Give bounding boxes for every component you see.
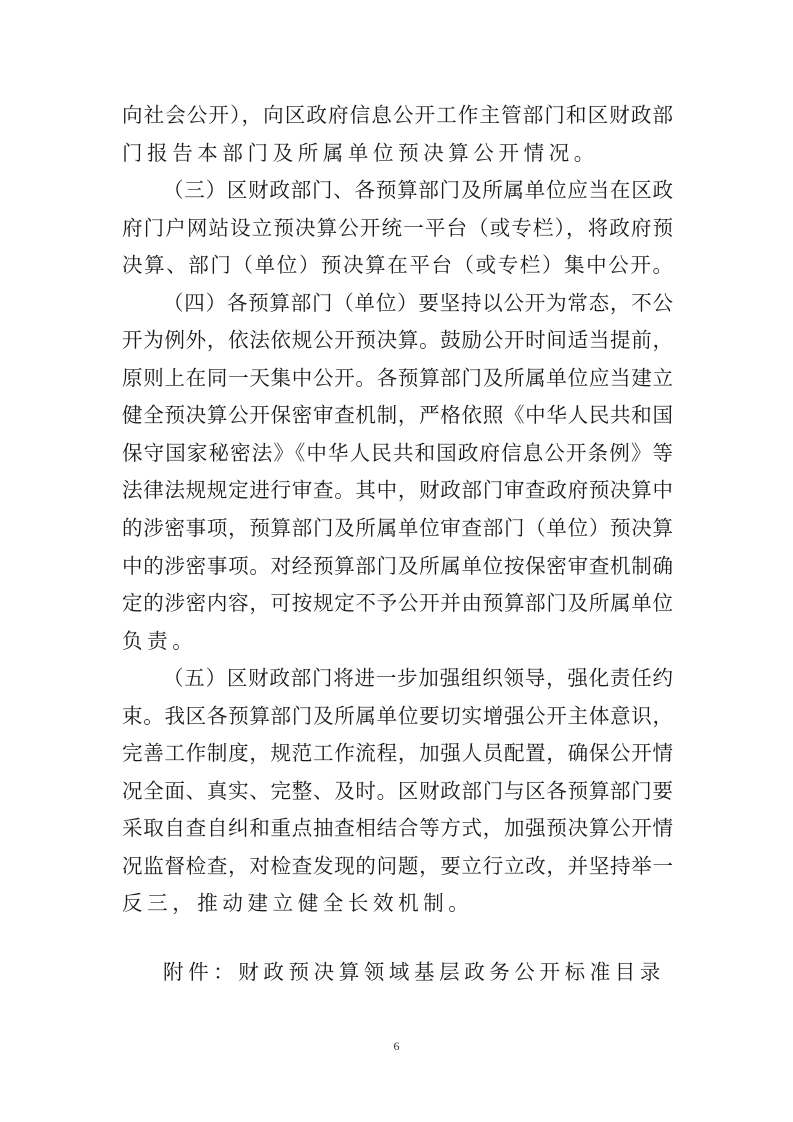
paragraph-item-4-line: （四）各预算部门（单位）要坚持以公开为常态，不公 [122, 285, 673, 323]
paragraph-item-4-line: 健全预决算公开保密审查机制，严格依照《中华人民共和国 [122, 397, 673, 435]
paragraph-item-4-line: 保守国家秘密法》《中华人民共和国政府信息公开条例》等 [122, 435, 673, 473]
paragraph-item-5-line: 采取自查自纠和重点抽查相结合等方式，加强预决算公开情 [122, 810, 673, 848]
paragraph-item-5-line: 况全面、真实、完整、及时。区财政部门与区各预算部门要 [122, 773, 673, 811]
paragraph-item-4-line: 负责。 [122, 623, 673, 661]
paragraph-item-4-line: 原则上在同一天集中公开。各预算部门及所属单位应当建立 [122, 360, 673, 398]
paragraph-item-4-line: 定的涉密内容，可按规定不予公开并由预算部门及所属单位 [122, 585, 673, 623]
paragraph-item-3-line: 府门户网站设立预决算公开统一平台（或专栏），将政府预 [122, 210, 673, 248]
appendix-note: 附件：财政预决算领域基层政务公开标准目录 [163, 954, 665, 992]
document-body: 向社会公开），向区政府信息公开工作主管部门和区财政部 门报告本部门及所属单位预决… [122, 97, 673, 923]
paragraph-item-5-line: 束。我区各预算部门及所属单位要切实增强公开主体意识， [122, 698, 673, 736]
paragraph-item-4-line: 中的涉密事项。对经预算部门及所属单位按保密审查机制确 [122, 548, 673, 586]
paragraph-item-5-line: 反三，推动建立健全长效机制。 [122, 885, 673, 923]
paragraph-item-3-line: 决算、部门（单位）预决算在平台（或专栏）集中公开。 [122, 247, 673, 285]
paragraph-item-3-line: （三）区财政部门、各预算部门及所属单位应当在区政 [122, 172, 673, 210]
paragraph-item-5-line: 况监督检查，对检查发现的问题，要立行立改，并坚持举一 [122, 848, 673, 886]
paragraph-item-5-line: （五）区财政部门将进一步加强组织领导，强化责任约 [122, 660, 673, 698]
paragraph-continuation-line: 向社会公开），向区政府信息公开工作主管部门和区财政部 [122, 97, 673, 135]
paragraph-item-5-line: 完善工作制度，规范工作流程，加强人员配置，确保公开情 [122, 735, 673, 773]
paragraph-item-4-line: 开为例外，依法依规公开预决算。鼓励公开时间适当提前， [122, 322, 673, 360]
paragraph-item-4-line: 的涉密事项，预算部门及所属单位审查部门（单位）预决算 [122, 510, 673, 548]
document-page: 向社会公开），向区政府信息公开工作主管部门和区财政部 门报告本部门及所属单位预决… [0, 0, 793, 1122]
paragraph-item-4-line: 法律法规规定进行审查。其中，财政部门审查政府预决算中 [122, 472, 673, 510]
page-number: 6 [0, 1039, 793, 1054]
paragraph-continuation-line: 门报告本部门及所属单位预决算公开情况。 [122, 135, 673, 173]
